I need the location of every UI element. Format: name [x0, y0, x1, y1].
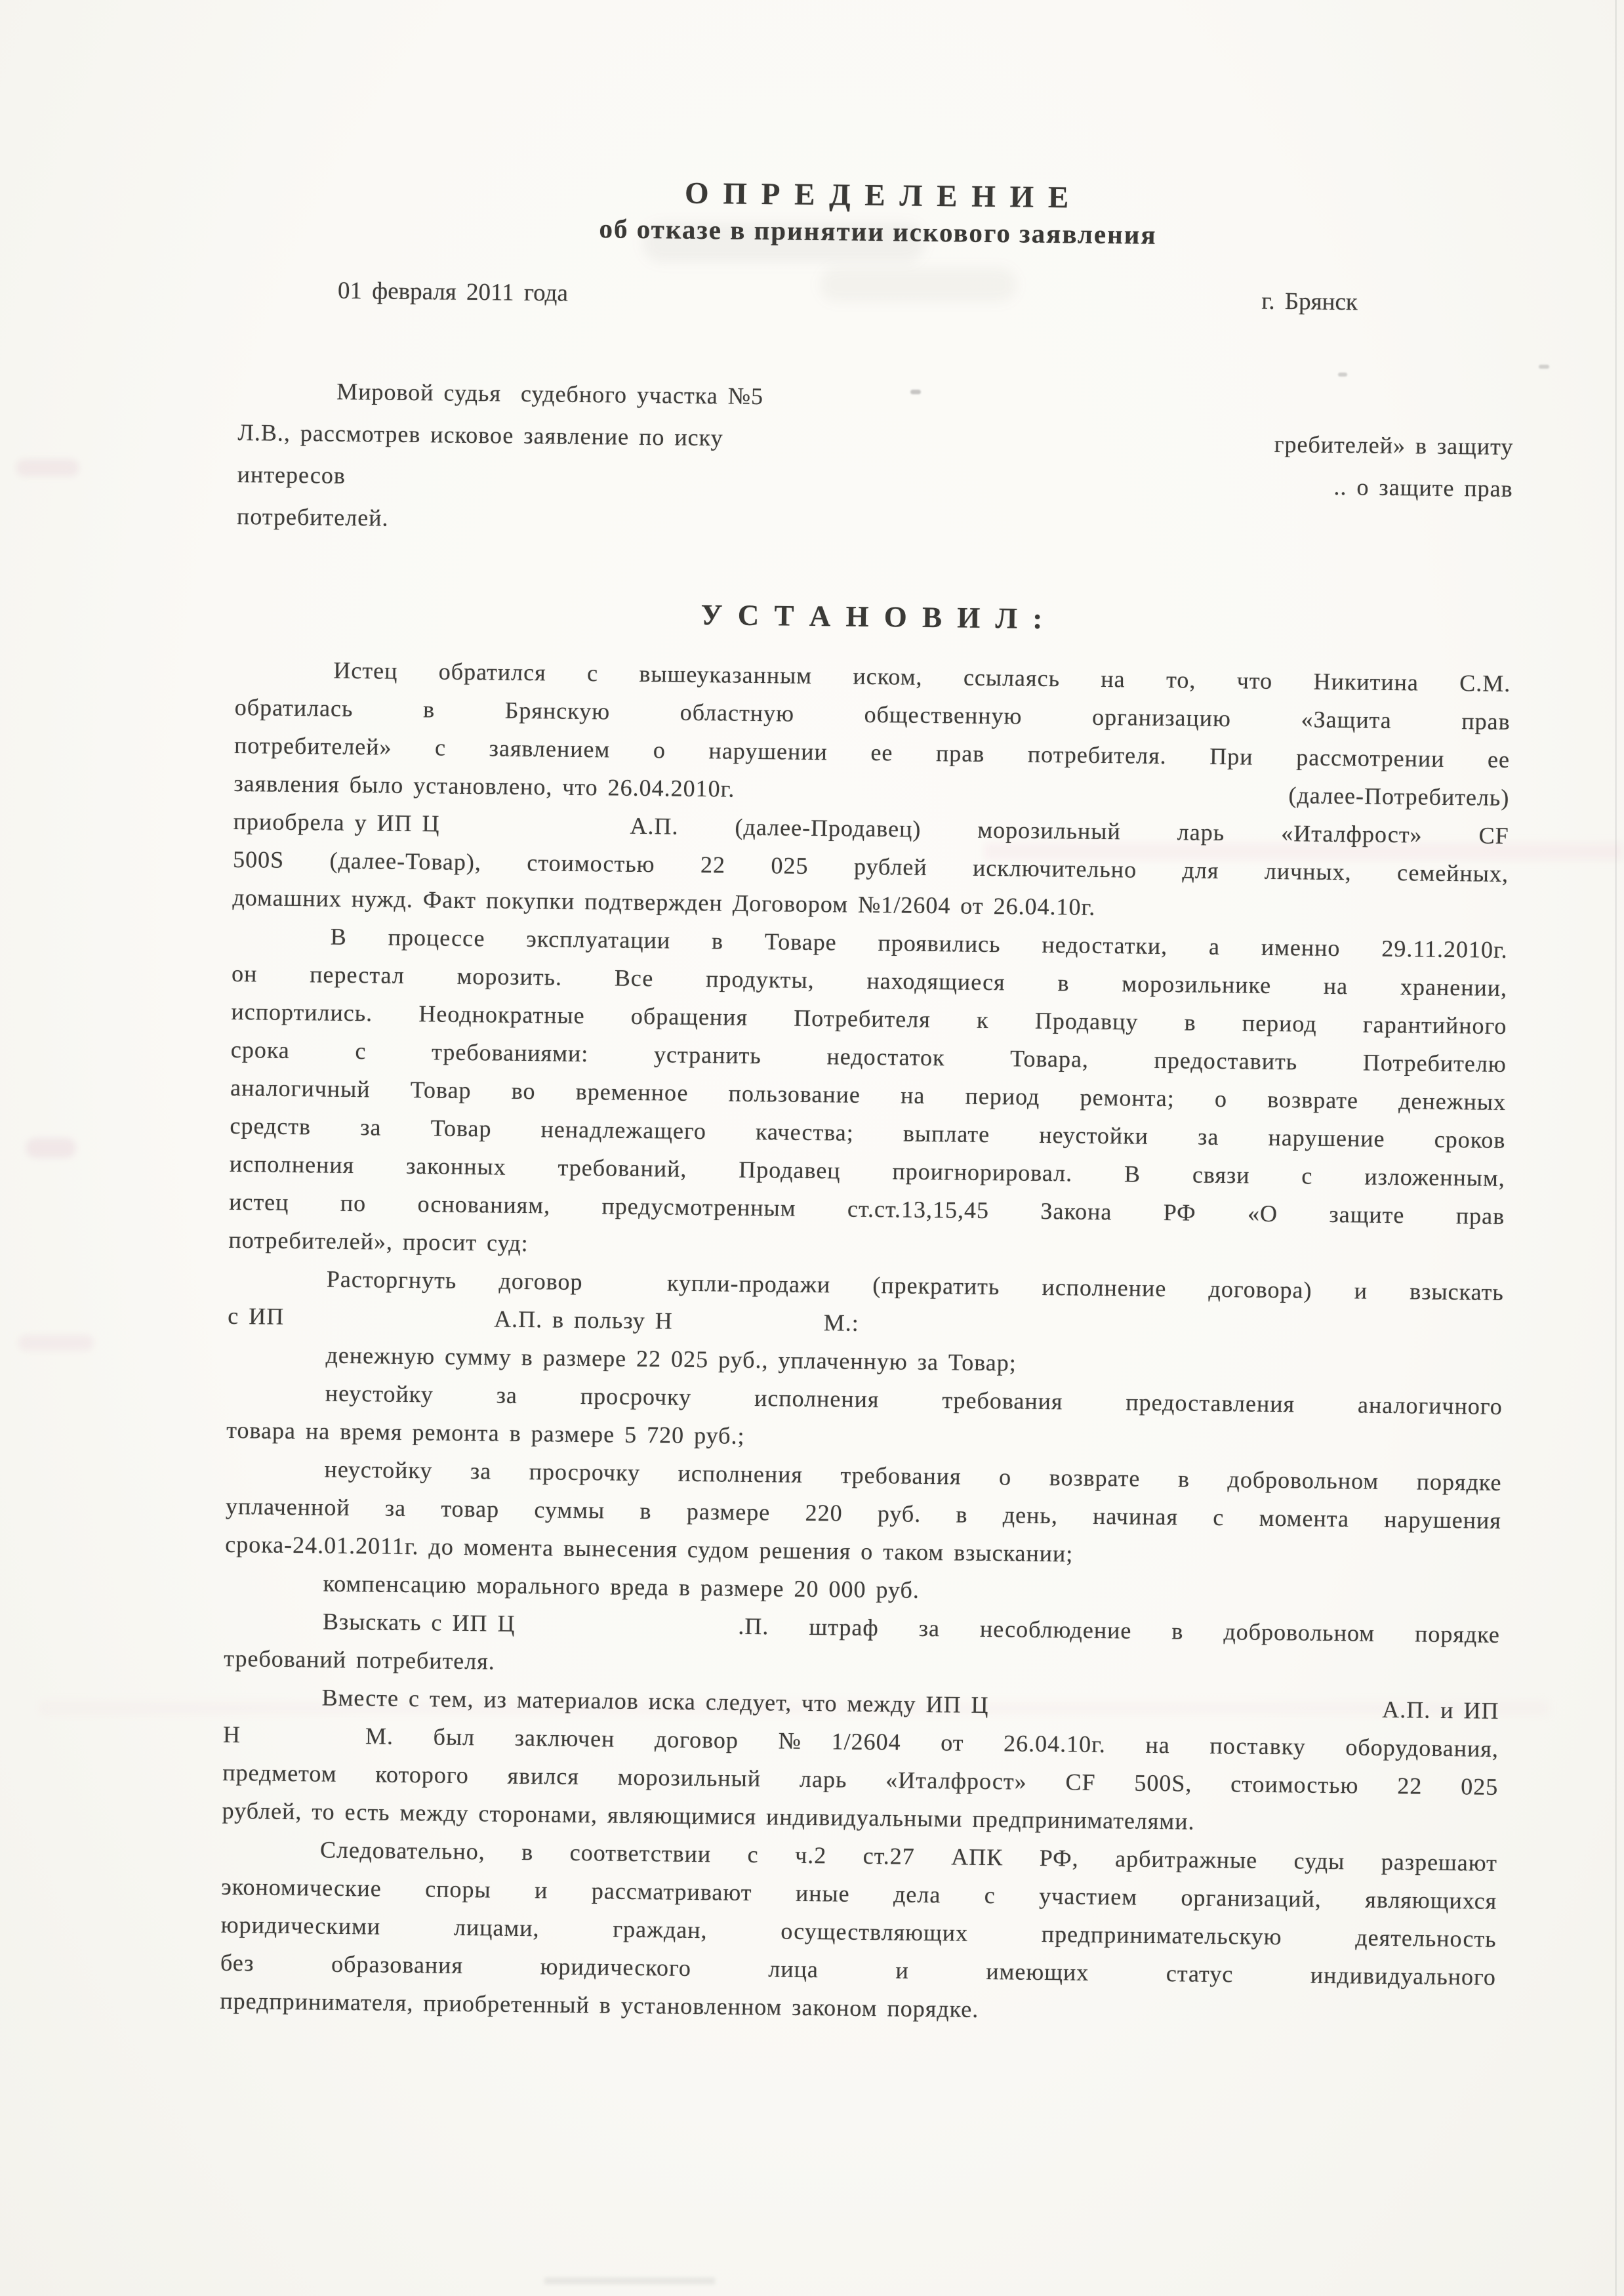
text-run: компенсацию морального вреда в размере 2… [323, 1570, 920, 1603]
redacted-gap [672, 1302, 824, 1342]
date-row: 01 февраля 2011 года г. Брянск [239, 276, 1515, 318]
redacted-gap [988, 1686, 1382, 1729]
section-heading: У С Т А Н О В И Л : [235, 592, 1511, 641]
redacted-gap [723, 417, 1274, 465]
text-run: товара на время ремонта в размере 5 720 … [226, 1417, 745, 1449]
redacted-gap [284, 1298, 495, 1338]
redacted-gap [735, 770, 1289, 815]
scan-artifact [1539, 365, 1549, 369]
text-run: заявления было установлено, что 26.04.20… [233, 764, 735, 808]
text-run: интересов [237, 453, 346, 497]
text-run: с ИП [228, 1297, 285, 1336]
document-city: г. Брянск [1261, 287, 1358, 317]
text-run: .. о защите прав [1333, 466, 1513, 510]
text-run: гребителей» в защиту [1274, 423, 1513, 468]
scan-artifact [18, 1335, 94, 1351]
scan-artifact [26, 1138, 75, 1158]
text-run: домашних нужд. Факт покупки подтвержден … [232, 884, 1095, 920]
text-run: (далее-Потребитель) [1288, 776, 1509, 817]
text-run: срока-24.01.2011г. до момента вынесения … [225, 1531, 1073, 1567]
text-run: Взыскать с ИП Ц [323, 1603, 516, 1643]
text-run: денежную сумму в размере 22 025 руб., уп… [325, 1342, 1017, 1376]
scan-artifact [544, 2278, 715, 2284]
text-run: требований потребителя. [224, 1645, 495, 1675]
text-run: рублей, то есть между сторонами, являющи… [222, 1797, 1194, 1835]
text-run: М.: [823, 1303, 859, 1342]
text-run: А.П. в пользу Н [494, 1300, 673, 1340]
text-run: Н [223, 1715, 241, 1753]
text-run: Мировой судья судебного участка №5 [336, 379, 763, 409]
redacted-gap [241, 1715, 366, 1755]
intro-paragraph: Мировой судья судебного участка №5Л.В., … [237, 369, 1514, 552]
text-run: Л.В., рассмотрев исковое заявление по ис… [237, 411, 723, 459]
scan-artifact [16, 459, 79, 476]
redacted-gap [515, 1605, 739, 1645]
scan-artifact [1615, 0, 1617, 2296]
redacted-gap [439, 804, 630, 844]
scanned-document-page: О П Р Е Д Е Л Е Н И Е об отказе в принят… [0, 0, 1624, 2296]
body-text: Истец обратился с вышеуказанным иском, с… [220, 650, 1511, 2034]
document-content: О П Р Е Д Е Л Е Н И Е об отказе в принят… [220, 0, 1518, 2034]
text-run: потребителей», просит суд: [228, 1227, 529, 1256]
text-run: приобрела у ИП Ц [233, 802, 439, 843]
text-run: А.П. и ИП [1382, 1691, 1499, 1730]
text-run: предпринимателя, приобретенный в установ… [220, 1988, 979, 2022]
document-date: 01 февраля 2011 года [338, 277, 568, 308]
text-run: потребителей. [237, 503, 389, 531]
